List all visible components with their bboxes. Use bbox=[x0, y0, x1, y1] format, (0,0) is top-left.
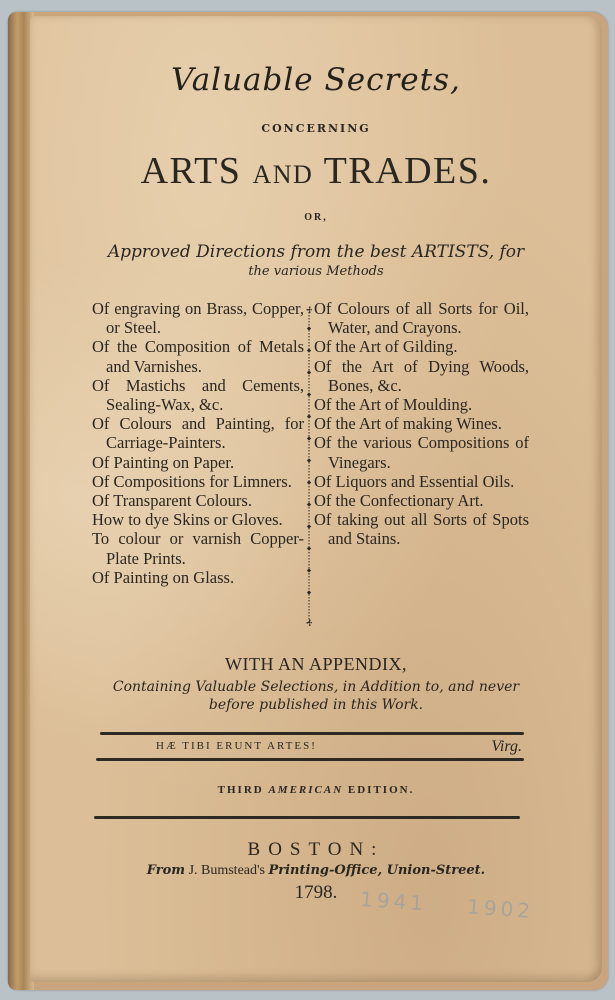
contents-item: Of the various Compositions of Vinegars. bbox=[314, 433, 529, 471]
pencil-note-2: 1902 bbox=[466, 894, 534, 923]
contents-item: Of taking out all Sorts of Spots and Sta… bbox=[314, 510, 529, 548]
contents-item: Of Painting on Glass. bbox=[92, 568, 304, 587]
imprint-printer: From J. Bumstead's Printing-Office, Unio… bbox=[30, 862, 602, 880]
concerning-label: CONCERNING bbox=[30, 122, 602, 135]
contents-item: Of Liquors and Essential Oils. bbox=[314, 472, 529, 491]
contents-item: How to dye Skins or Gloves. bbox=[92, 510, 304, 529]
edition-third: THIRD bbox=[218, 784, 264, 796]
approved-directions: Approved Directions from the best ARTIST… bbox=[30, 242, 602, 282]
edition-statement: THIRD AMERICAN EDITION. bbox=[30, 784, 602, 796]
printer-name: J. Bumstead's bbox=[189, 863, 265, 878]
contents-item: Of Compositions for Limners. bbox=[92, 472, 304, 491]
printer-office: Printing-Office, Union-Street. bbox=[268, 863, 485, 878]
contents-item: Of Painting on Paper. bbox=[92, 453, 304, 472]
bottom-motto-rule bbox=[96, 758, 524, 761]
subject-heading: ARTS AND TRADES. bbox=[30, 149, 602, 193]
contents-item: To colour or varnish Copper-Plate Prints… bbox=[92, 529, 304, 567]
svg-text:✢: ✢ bbox=[306, 305, 312, 315]
svg-text:✢: ✢ bbox=[306, 618, 312, 627]
contents-item: Of the Composition of Metals and Varnish… bbox=[92, 337, 304, 375]
latin-motto: HÆ TIBI ERUNT ARTES! bbox=[156, 740, 317, 752]
imprint-rule-divider bbox=[94, 816, 520, 819]
appendix-description: Containing Valuable Selections, in Addit… bbox=[30, 678, 602, 714]
contents-item: Of the Art of Dying Woods, Bones, &c. bbox=[314, 357, 529, 395]
approved-line-2: the various Methods bbox=[30, 262, 602, 282]
contents-item: Of the Confectionary Art. bbox=[314, 491, 529, 510]
contents-item: Of Mastichs and Cements, Sealing-Wax, &c… bbox=[92, 376, 304, 414]
imprint-city: BOSTON: bbox=[30, 839, 602, 861]
book: Valuable Secrets, CONCERNING ARTS AND TR… bbox=[8, 12, 608, 990]
subject-and: AND bbox=[252, 160, 313, 189]
contents-columns: Of engraving on Brass, Copper, or Steel.… bbox=[92, 299, 550, 639]
pencil-note-1: 1941 bbox=[359, 887, 427, 916]
contents-item: Of Colours and Painting, for Carriage-Pa… bbox=[92, 414, 304, 452]
contents-right-column: Of Colours of all Sorts for Oil, Water, … bbox=[314, 299, 529, 549]
printer-from: From bbox=[147, 863, 185, 878]
subject-trades: TRADES. bbox=[324, 150, 492, 192]
top-rule-divider bbox=[100, 732, 524, 735]
or-label: OR, bbox=[30, 212, 602, 223]
title-page: Valuable Secrets, CONCERNING ARTS AND TR… bbox=[30, 16, 602, 982]
approved-line-1: Approved Directions from the best ARTIST… bbox=[108, 242, 524, 262]
ornamental-column-divider-icon: ✢ ✢ bbox=[306, 305, 312, 627]
book-title: Valuable Secrets, bbox=[30, 62, 602, 98]
contents-item: Of Colours of all Sorts for Oil, Water, … bbox=[314, 299, 529, 337]
contents-item: Of the Art of making Wines. bbox=[314, 414, 529, 433]
edition-word: EDITION. bbox=[348, 784, 414, 796]
contents-item: Of engraving on Brass, Copper, or Steel. bbox=[92, 299, 304, 337]
motto-attribution: Virg. bbox=[491, 738, 522, 756]
subject-arts: ARTS bbox=[141, 150, 242, 192]
contents-left-column: Of engraving on Brass, Copper, or Steel.… bbox=[92, 299, 304, 587]
contents-item: Of Transparent Colours. bbox=[92, 491, 304, 510]
edition-american: AMERICAN bbox=[268, 784, 343, 796]
motto-row: HÆ TIBI ERUNT ARTES! Virg. bbox=[96, 738, 522, 758]
appendix-heading: WITH AN APPENDIX, bbox=[30, 654, 602, 675]
contents-item: Of the Art of Gilding. bbox=[314, 337, 529, 356]
contents-item: Of the Art of Moulding. bbox=[314, 395, 529, 414]
